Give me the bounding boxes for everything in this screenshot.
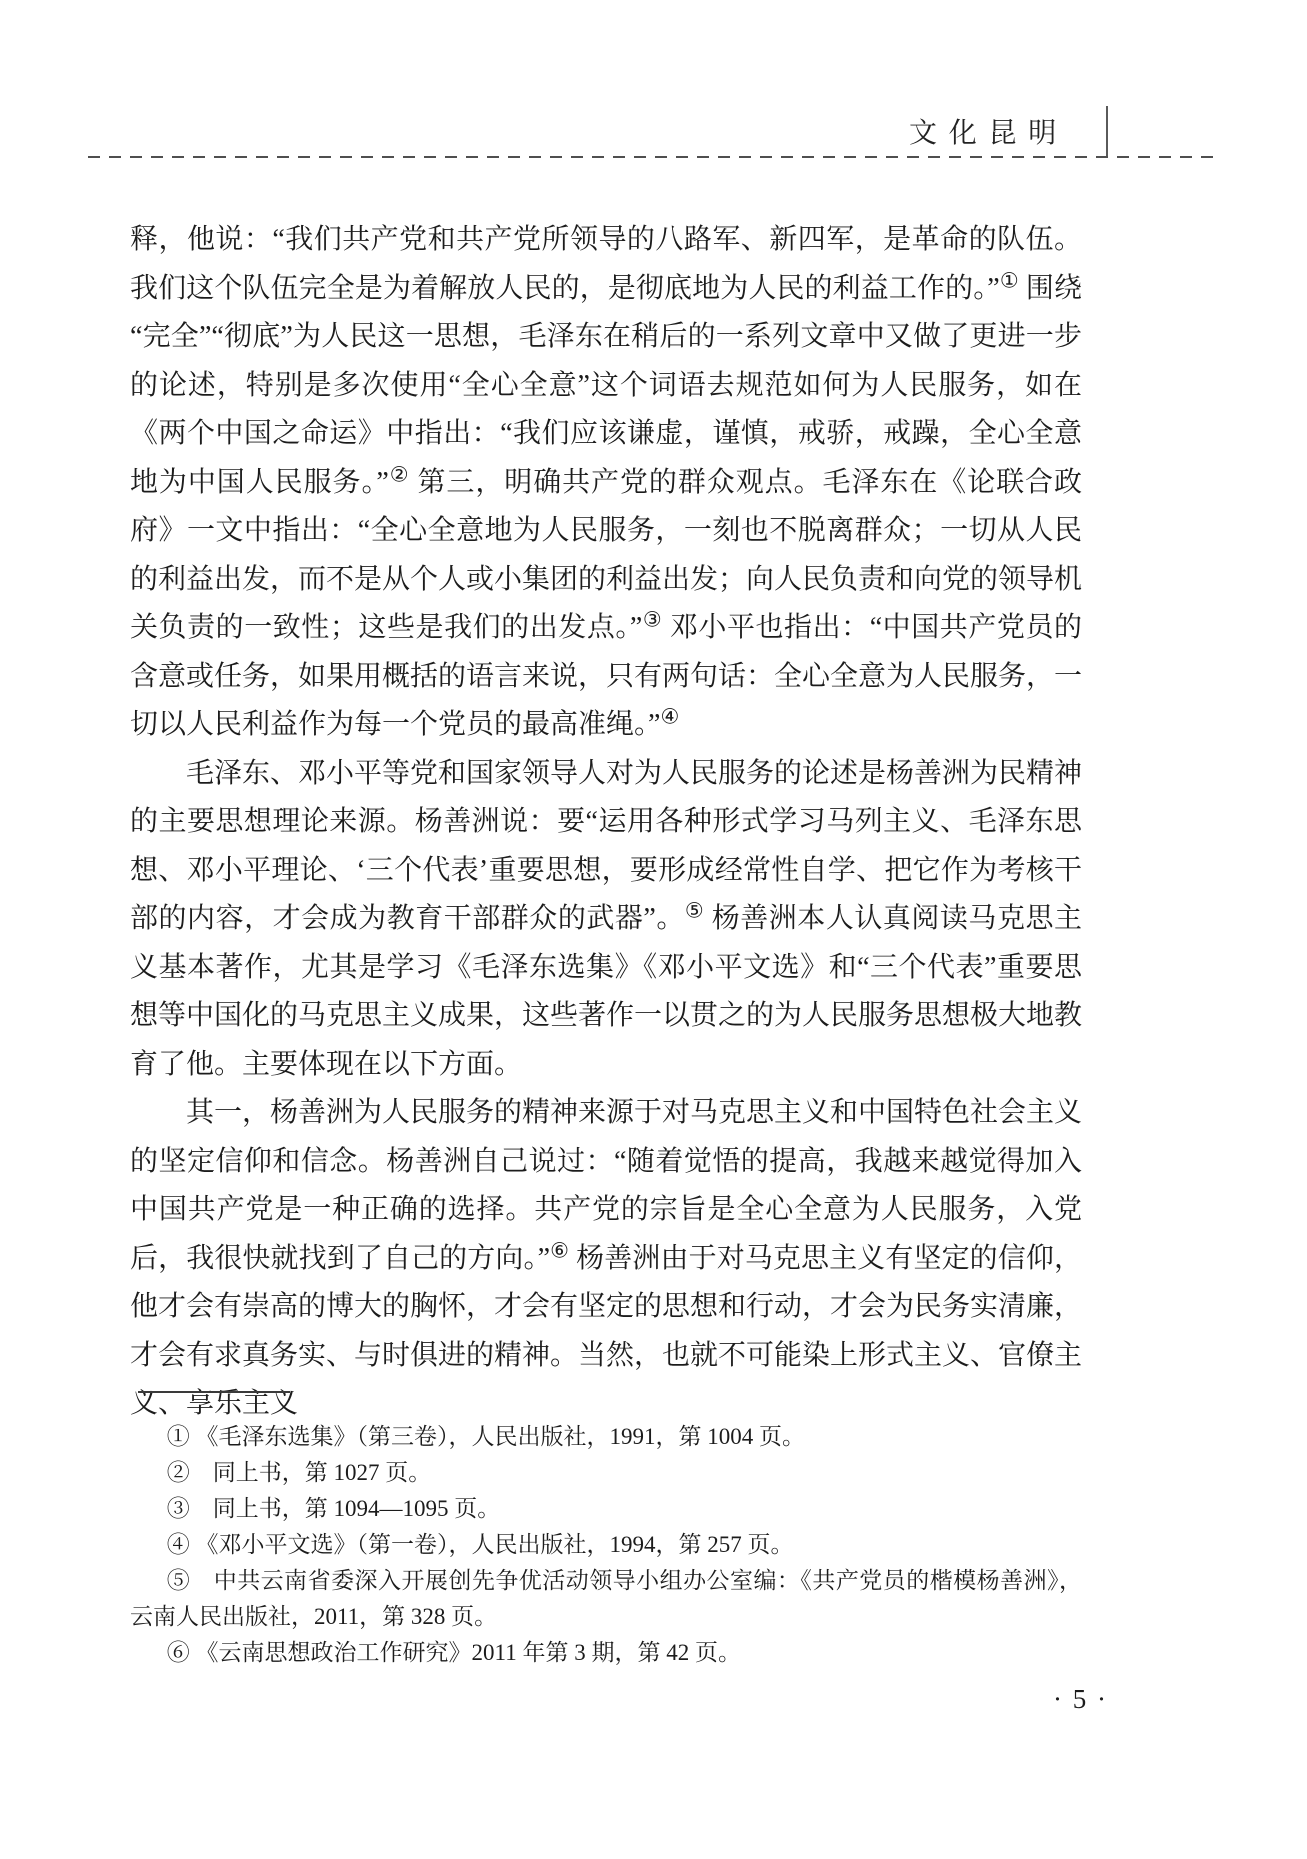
footnotes-section: ① 《毛泽东选集》（第三卷），人民出版社，1991，第 1004 页。 ② 同上… <box>130 1391 1082 1671</box>
footnote-6: ⑥ 《云南思想政治工作研究》2011 年第 3 期，第 42 页。 <box>130 1635 1082 1671</box>
page-body: 释，他说：“我们共产党和共产党所领导的八路军、新四军，是革命的队伍。我们这个队伍… <box>130 216 1082 1429</box>
footnote-separator-rule <box>138 1391 290 1393</box>
page-header: 文化昆明 <box>909 106 1108 156</box>
footnote-3: ③ 同上书，第 1094—1095 页。 <box>130 1491 1082 1527</box>
footnote-1: ① 《毛泽东选集》（第三卷），人民出版社，1991，第 1004 页。 <box>130 1419 1082 1455</box>
footnote-5: ⑤ 中共云南省委深入开展创先争优活动领导小组办公室编：《共产党员的楷模杨善洲》，… <box>130 1563 1082 1635</box>
header-dashed-rule <box>88 156 1221 158</box>
body-paragraph-1: 释，他说：“我们共产党和共产党所领导的八路军、新四军，是革命的队伍。我们这个队伍… <box>130 216 1082 750</box>
book-page: 文化昆明 释，他说：“我们共产党和共产党所领导的八路军、新四军，是革命的队伍。我… <box>0 0 1307 1859</box>
body-paragraph-3: 其一，杨善洲为人民服务的精神来源于对马克思主义和中国特色社会主义的坚定信仰和信念… <box>130 1089 1082 1429</box>
body-paragraph-2: 毛泽东、邓小平等党和国家领导人对为人民服务的论述是杨善洲为民精神的主要思想理论来… <box>130 750 1082 1090</box>
footnote-4: ④ 《邓小平文选》（第一卷），人民出版社，1994，第 257 页。 <box>130 1527 1082 1563</box>
page-number: · 5 · <box>1053 1684 1108 1715</box>
footnote-2: ② 同上书，第 1027 页。 <box>130 1455 1082 1491</box>
running-head-title: 文化昆明 <box>909 111 1068 151</box>
